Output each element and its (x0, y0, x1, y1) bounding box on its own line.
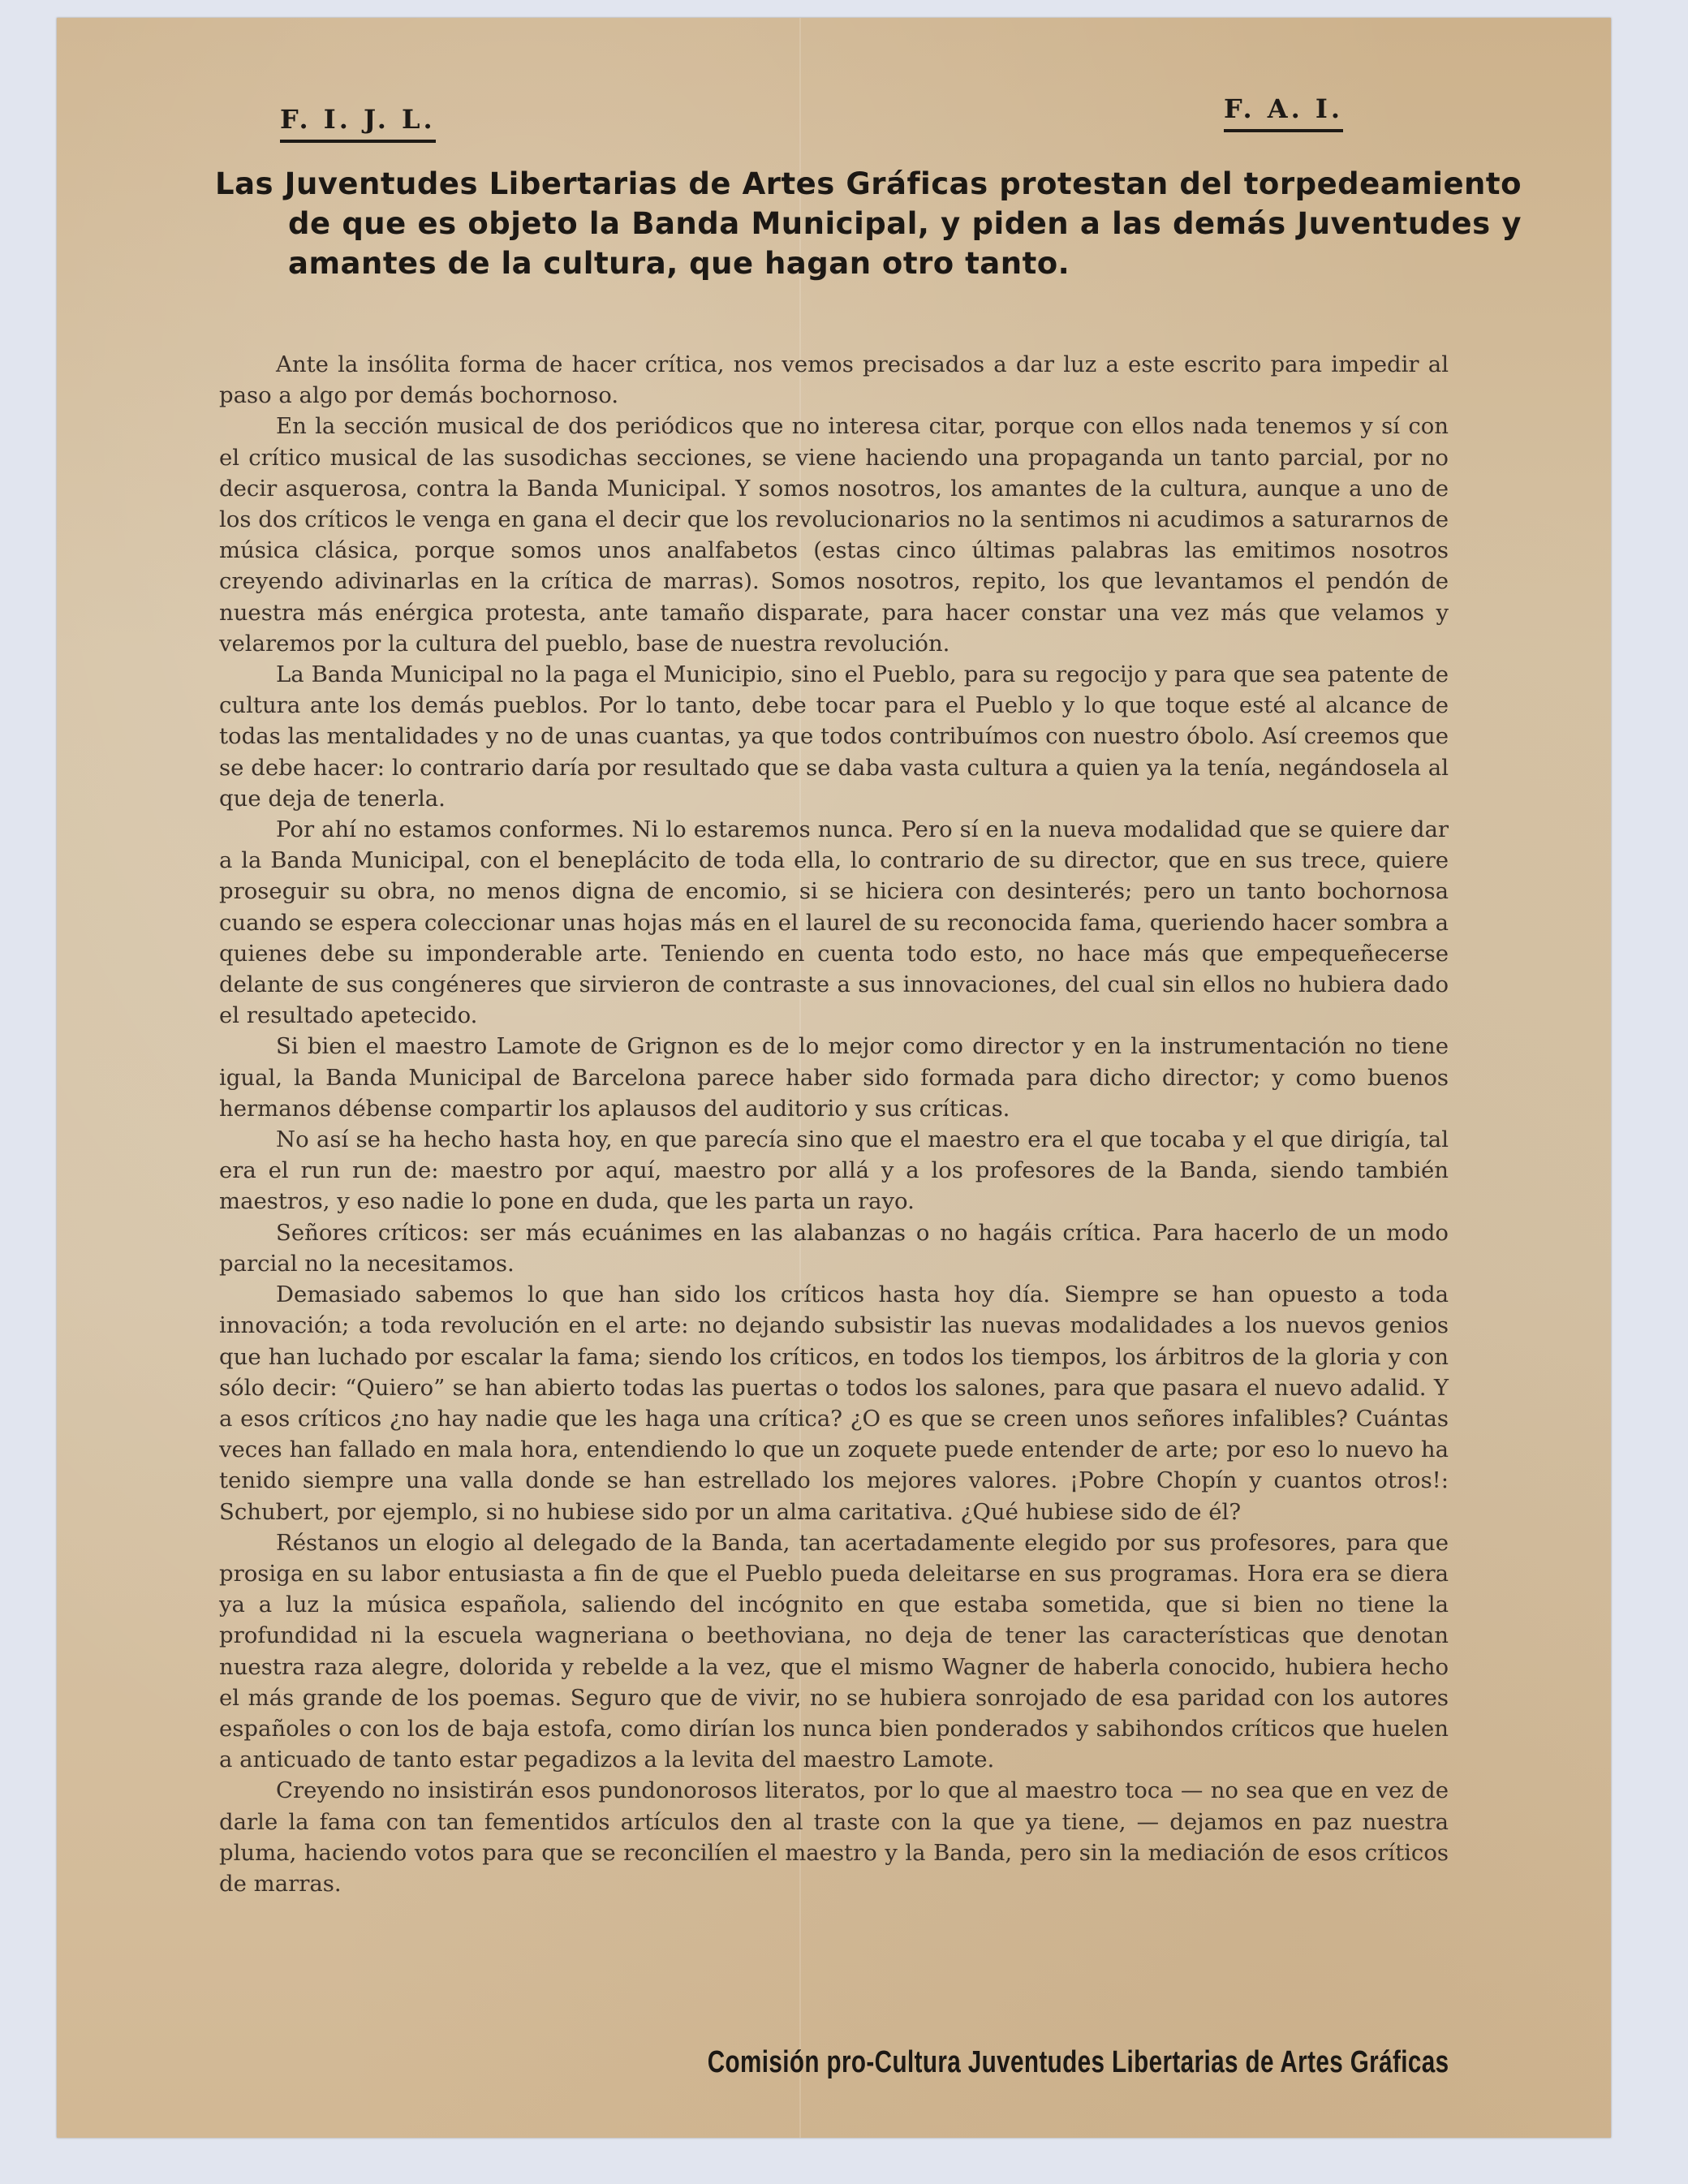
leaflet-paper: F. I. J. L. F. A. I. Las Juventudes Libe… (57, 18, 1611, 2138)
paragraph: Réstanos un elogio al delegado de la Ban… (219, 1527, 1449, 1776)
leaflet-body: Ante la insólita forma de hacer crítica,… (219, 349, 1449, 1899)
paragraph: Ante la insólita forma de hacer crítica,… (219, 349, 1449, 411)
paragraph: Señores críticos: ser más ecuánimes en l… (219, 1217, 1449, 1279)
paragraph: No así se ha hecho hasta hoy, en que par… (219, 1124, 1449, 1217)
paragraph: En la sección musical de dos periódicos … (219, 411, 1449, 659)
paragraph: La Banda Municipal no la paga el Municip… (219, 659, 1449, 814)
paragraph: Si bien el maestro Lamote de Grignon es … (219, 1031, 1449, 1124)
paragraph: Por ahí no estamos conformes. Ni lo esta… (219, 814, 1449, 1031)
paragraph: Creyendo no insistirán esos pundonorosos… (219, 1775, 1449, 1899)
header-org-fijl: F. I. J. L. (280, 106, 436, 143)
leaflet-heading: Las Juventudes Libertarias de Artes Gráf… (215, 164, 1522, 283)
paragraph: Demasiado sabemos lo que han sido los cr… (219, 1279, 1449, 1527)
header-org-fai: F. A. I. (1224, 95, 1343, 132)
signature: Comisión pro-Cultura Juventudes Libertar… (707, 2045, 1449, 2080)
